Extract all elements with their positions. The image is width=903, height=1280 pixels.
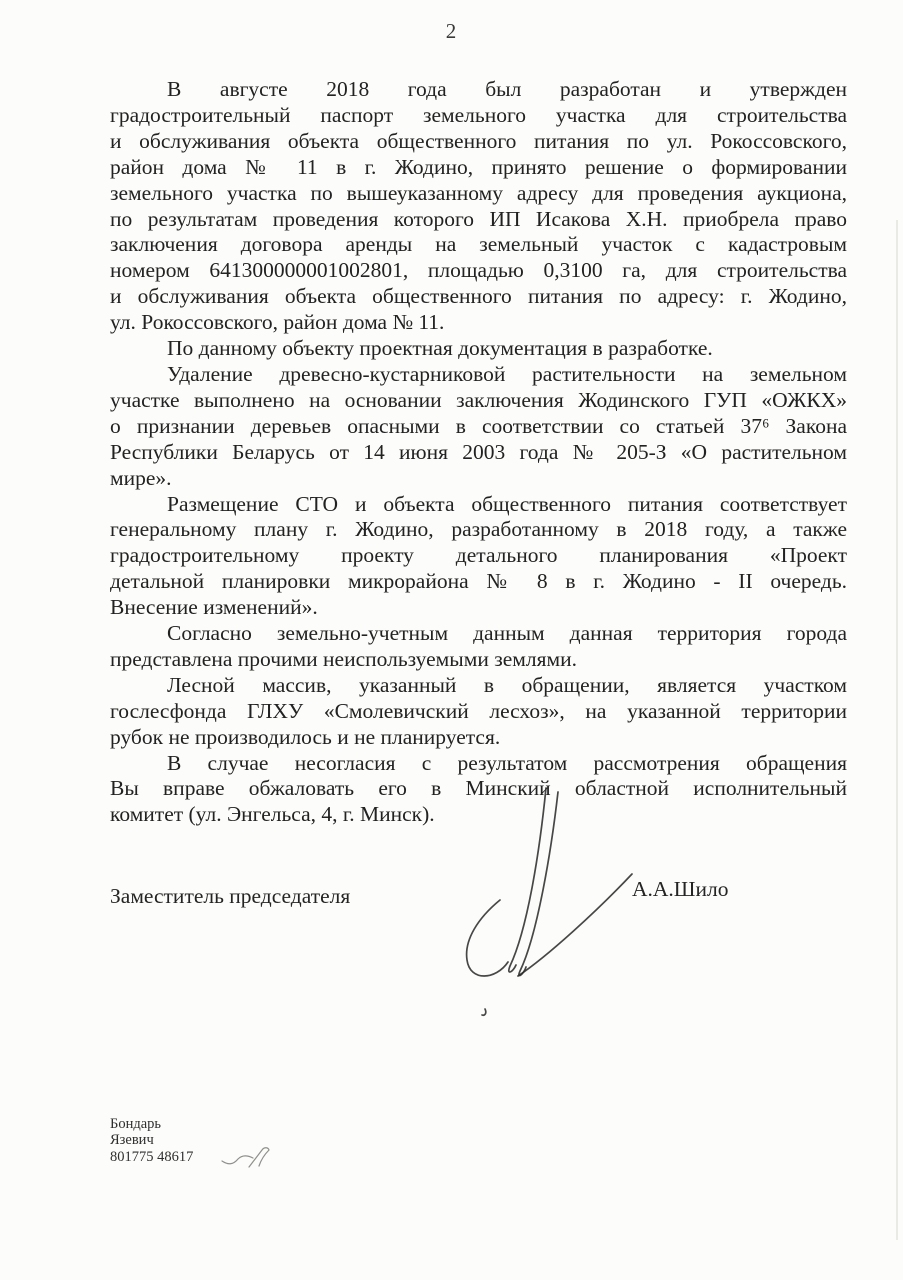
paragraph: В августе 2018 года был разработан и утв…: [110, 77, 847, 336]
document-body: В августе 2018 года был разработан и утв…: [110, 77, 847, 828]
text-line: район дома № 11 в г. Жодино, принято реш…: [110, 155, 847, 181]
text-line: и обслуживания объекта общественного пит…: [110, 129, 847, 155]
paragraph: По данному объекту проектная документаци…: [110, 336, 847, 362]
signer-name: А.А.Шило: [632, 877, 728, 902]
text-line: генеральному плану г. Жодино, разработан…: [110, 517, 847, 543]
handwritten-signature: [440, 778, 650, 1023]
text-line: В августе 2018 года был разработан и утв…: [110, 77, 847, 103]
text-line: Республики Беларусь от 14 июня 2003 года…: [110, 440, 847, 466]
text-line: Размещение СТО и объекта общественного п…: [110, 492, 847, 518]
paragraph: Размещение СТО и объекта общественного п…: [110, 492, 847, 622]
text-line: и обслуживания объекта общественного пит…: [110, 284, 847, 310]
text-line: участке выполнено на основании заключени…: [110, 388, 847, 414]
text-line: номером 641300000001002801, площадью 0,3…: [110, 258, 847, 284]
footer-line: 801775 48617: [110, 1149, 193, 1165]
text-line: Согласно земельно-учетным данным данная …: [110, 621, 847, 647]
text-line: В случае несогласия с результатом рассмо…: [110, 751, 847, 777]
text-line: земельного участка по вышеуказанному адр…: [110, 181, 847, 207]
text-line: градостроительный паспорт земельного уча…: [110, 103, 847, 129]
scan-edge-artifact: [896, 220, 898, 1240]
paragraph: Лесной массив, указанный в обращении, яв…: [110, 673, 847, 751]
footer-line: Язевич: [110, 1132, 193, 1148]
signer-title: Заместитель председателя: [110, 884, 350, 909]
text-line: о признании деревьев опасными в соответс…: [110, 414, 847, 440]
paragraph: Согласно земельно-учетным данным данная …: [110, 621, 847, 673]
text-line: Внесение изменений».: [110, 595, 847, 621]
text-line: по результатам проведения которого ИП Ис…: [110, 207, 847, 233]
footer-line: Бондарь: [110, 1116, 193, 1132]
text-line: гослесфонда ГЛХУ «Смолевичский лесхоз», …: [110, 699, 847, 725]
page-number: 2: [0, 19, 903, 44]
text-line: Лесной массив, указанный в обращении, яв…: [110, 673, 847, 699]
scanned-letter-page: 2 В августе 2018 года был разработан и у…: [0, 0, 903, 1280]
text-line: представлена прочими неиспользуемыми зем…: [110, 647, 847, 673]
text-line: градостроительному проекту детального пл…: [110, 543, 847, 569]
footer-contact-block: БондарьЯзевич801775 48617: [110, 1116, 193, 1165]
text-line: рубок не производилось и не планируется.: [110, 725, 847, 751]
pen-squiggle-mark: [246, 1144, 274, 1170]
text-line: мире».: [110, 466, 847, 492]
text-line: Удаление древесно-кустарниковой растител…: [110, 362, 847, 388]
text-line: По данному объекту проектная документаци…: [110, 336, 847, 362]
text-line: ул. Рокоссовского, район дома № 11.: [110, 310, 847, 336]
text-line: заключения договора аренды на земельный …: [110, 232, 847, 258]
paragraph: Удаление древесно-кустарниковой растител…: [110, 362, 847, 492]
text-line: детальной планировки микрорайона № 8 в г…: [110, 569, 847, 595]
